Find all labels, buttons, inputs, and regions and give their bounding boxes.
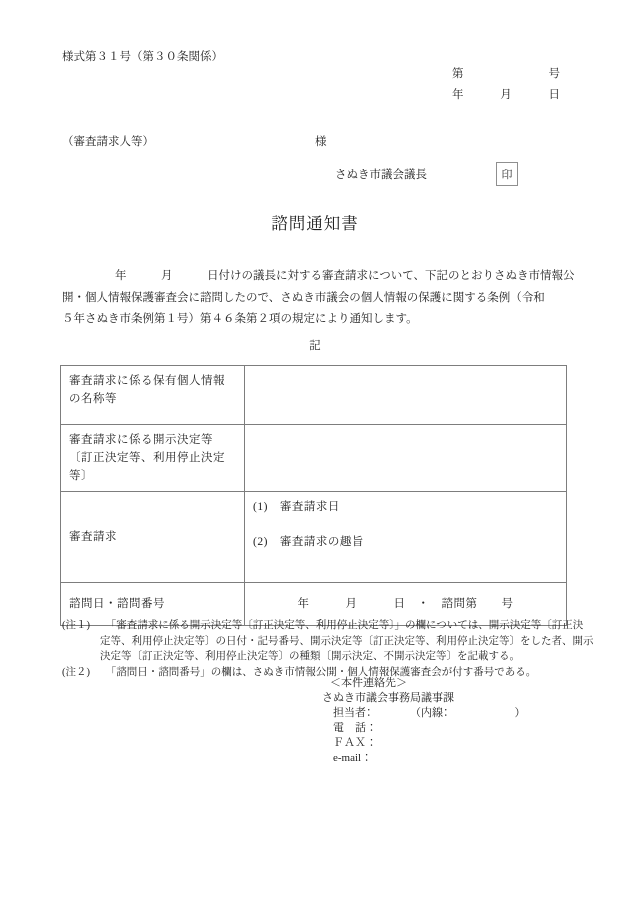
appeal-item-purpose: (2) 審査請求の趣旨 <box>253 533 558 551</box>
row-label-held-personal-info: 審査請求に係る保有個人情報の名称等 <box>61 366 245 425</box>
body-line: ５年さぬき市条例第１号）第４６条第２項の規定により通知します。 <box>62 309 582 331</box>
row-label-disclosure-decision: 審査請求に係る開示決定等〔訂正決定等、利用停止決定等〕 <box>61 425 245 492</box>
contact-block: ＜本件連絡先＞ さぬき市議会事務局議事課 担当者： （内線： ） 電 話： ＦＡ… <box>322 676 526 766</box>
date-day-label: 日 <box>549 86 561 102</box>
row-value-appeal: (1) 審査請求日 (2) 審査請求の趣旨 <box>245 492 567 583</box>
form-table: 審査請求に係る保有個人情報の名称等 審査請求に係る開示決定等〔訂正決定等、利用停… <box>60 365 567 626</box>
doc-number-row: 第 号 <box>452 65 560 81</box>
addressee-label: （審査請求人等） <box>62 133 154 149</box>
ki-marker: 記 <box>0 337 630 353</box>
note-1-line: (注１) 「審査請求に係る開示決定等〔訂正決定等、利用停止決定等〕」の欄について… <box>62 618 582 634</box>
contact-person-line: 担当者： （内線： ） <box>322 706 526 721</box>
doc-number-suffix: 号 <box>549 65 561 81</box>
contact-email-line: e-mail： <box>322 751 526 766</box>
note-1-line: 決定等〔訂正決定等、利用停止決定等〕の種類〔開示決定、不開示決定等〕を記載する。 <box>62 649 582 665</box>
appeal-item-date: (1) 審査請求日 <box>253 498 558 516</box>
document-page: 様式第３１号（第３０条関係） 第 号 年 月 日 （審査請求人等） 様 さぬき市… <box>0 0 630 903</box>
date-row: 年 月 日 <box>452 86 560 102</box>
table-row: 審査請求 (1) 審査請求日 (2) 審査請求の趣旨 <box>61 492 567 583</box>
form-number: 様式第３１号（第３０条関係） <box>62 48 223 64</box>
table-row: 審査請求に係る保有個人情報の名称等 <box>61 366 567 425</box>
body-line: 年 月 日付けの議長に対する審査請求について、下記のとおりさぬき市情報公 <box>62 266 582 288</box>
doc-number-prefix: 第 <box>452 65 464 81</box>
addressee-honorific: 様 <box>315 133 327 149</box>
row-label-appeal: 審査請求 <box>61 492 245 583</box>
contact-phone-line: 電 話： <box>322 721 526 736</box>
note-1-line: 定等、利用停止決定等〕の日付・記号番号、開示決定等〔訂正決定等、利用停止決定等〕… <box>62 634 582 650</box>
body-paragraph: 年 月 日付けの議長に対する審査請求について、下記のとおりさぬき市情報公 開・個… <box>62 266 582 331</box>
sender-name: さぬき市議会議長 <box>335 166 427 182</box>
row-value-held-personal-info <box>245 366 567 425</box>
date-year-label: 年 <box>452 86 464 102</box>
notes-block: (注１) 「審査請求に係る開示決定等〔訂正決定等、利用停止決定等〕」の欄について… <box>62 618 582 680</box>
table-row: 審査請求に係る開示決定等〔訂正決定等、利用停止決定等〕 <box>61 425 567 492</box>
body-line: 開・個人情報保護審査会に諮問したので、さぬき市議会の個人情報の保護に関する条例（… <box>62 288 582 310</box>
contact-fax-line: ＦＡＸ： <box>322 736 526 751</box>
document-title: 諮問通知書 <box>0 210 630 234</box>
contact-heading: ＜本件連絡先＞ <box>322 676 526 691</box>
seal-stamp: 印 <box>496 162 518 186</box>
row-value-disclosure-decision <box>245 425 567 492</box>
contact-department: さぬき市議会事務局議事課 <box>322 691 526 706</box>
seal-character: 印 <box>502 166 513 182</box>
date-month-label: 月 <box>500 86 512 102</box>
